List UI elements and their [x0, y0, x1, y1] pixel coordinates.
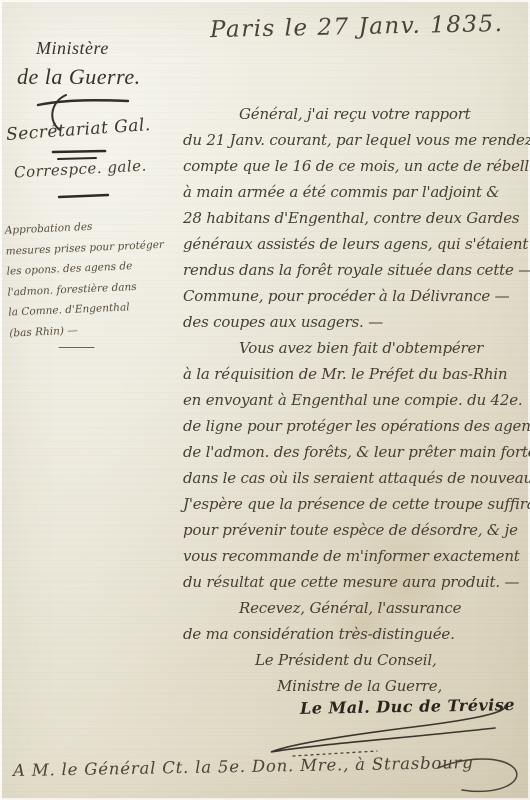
address-line: A M. le Général Ct. la 5e. Don. Mre., à … [13, 753, 474, 780]
manuscript-line: pour prévenir toute espèce de désordre, … [183, 517, 523, 543]
correspondence-underline [56, 192, 114, 202]
manuscript-line: vous recommande de m'informer exactement [183, 543, 523, 569]
letter-page: Paris le 27 Janv. 1835. Ministère de la … [0, 0, 530, 800]
manuscript-line: Le Président du Conseil, [255, 647, 523, 673]
manuscript-line: J'espère que la présence de cette troupe… [183, 491, 523, 517]
manuscript-line: à la réquisition de Mr. le Préfet du bas… [183, 361, 523, 387]
manuscript-line: Recevez, Général, l'assurance [239, 595, 523, 621]
manuscript-line: de ma considération très-distinguée. [183, 621, 523, 647]
date-line: Paris le 27 Janv. 1835. [210, 11, 504, 43]
secretariat-label: Secrétariat Gal. [5, 115, 151, 145]
manuscript-line: du résultat que cette mesure aura produi… [183, 569, 523, 595]
manuscript-line: de l'admon. des forêts, & leur prêter ma… [183, 439, 523, 465]
manuscript-line: rendus dans la forêt royale située dans … [183, 257, 523, 283]
manuscript-line: Vous avez bien fait d'obtempérer [239, 335, 523, 361]
margin-summary-note: Approbation desmesures prises pour proté… [4, 213, 174, 343]
letterhead-ministry: Ministère [36, 38, 109, 59]
manuscript-line: du 21 Janv. courant, par lequel vous me … [183, 127, 523, 153]
manuscript-line: des coupes aux usagers. — [183, 309, 523, 335]
signature-text: Le Mal. Duc de Trévise [300, 695, 515, 718]
manuscript-line: 28 habitans d'Engenthal, contre deux Gar… [183, 205, 523, 231]
manuscript-line: en envoyant à Engenthal une compie. du 4… [183, 387, 523, 413]
letterhead-department: de la Guerre. [17, 64, 141, 90]
manuscript-line: Commune, pour procéder à la Délivrance — [183, 283, 523, 309]
correspondence-label: Correspce. gale. [14, 157, 148, 182]
manuscript-line: de ligne pour protéger les opérations de… [183, 413, 523, 439]
letter-body: Général, j'ai reçu votre rapportdu 21 Ja… [183, 101, 523, 699]
manuscript-line: dans le cas où ils seraient attaqués de … [183, 465, 523, 491]
margin-end-dash: ——— [58, 340, 94, 355]
manuscript-line: généraux assistés de leurs agens, qui s'… [183, 231, 523, 257]
manuscript-line: compte que le 16 de ce mois, un acte de … [183, 153, 523, 179]
manuscript-line: Général, j'ai reçu votre rapport [239, 101, 523, 127]
manuscript-line: à main armée a été commis par l'adjoint … [183, 179, 523, 205]
